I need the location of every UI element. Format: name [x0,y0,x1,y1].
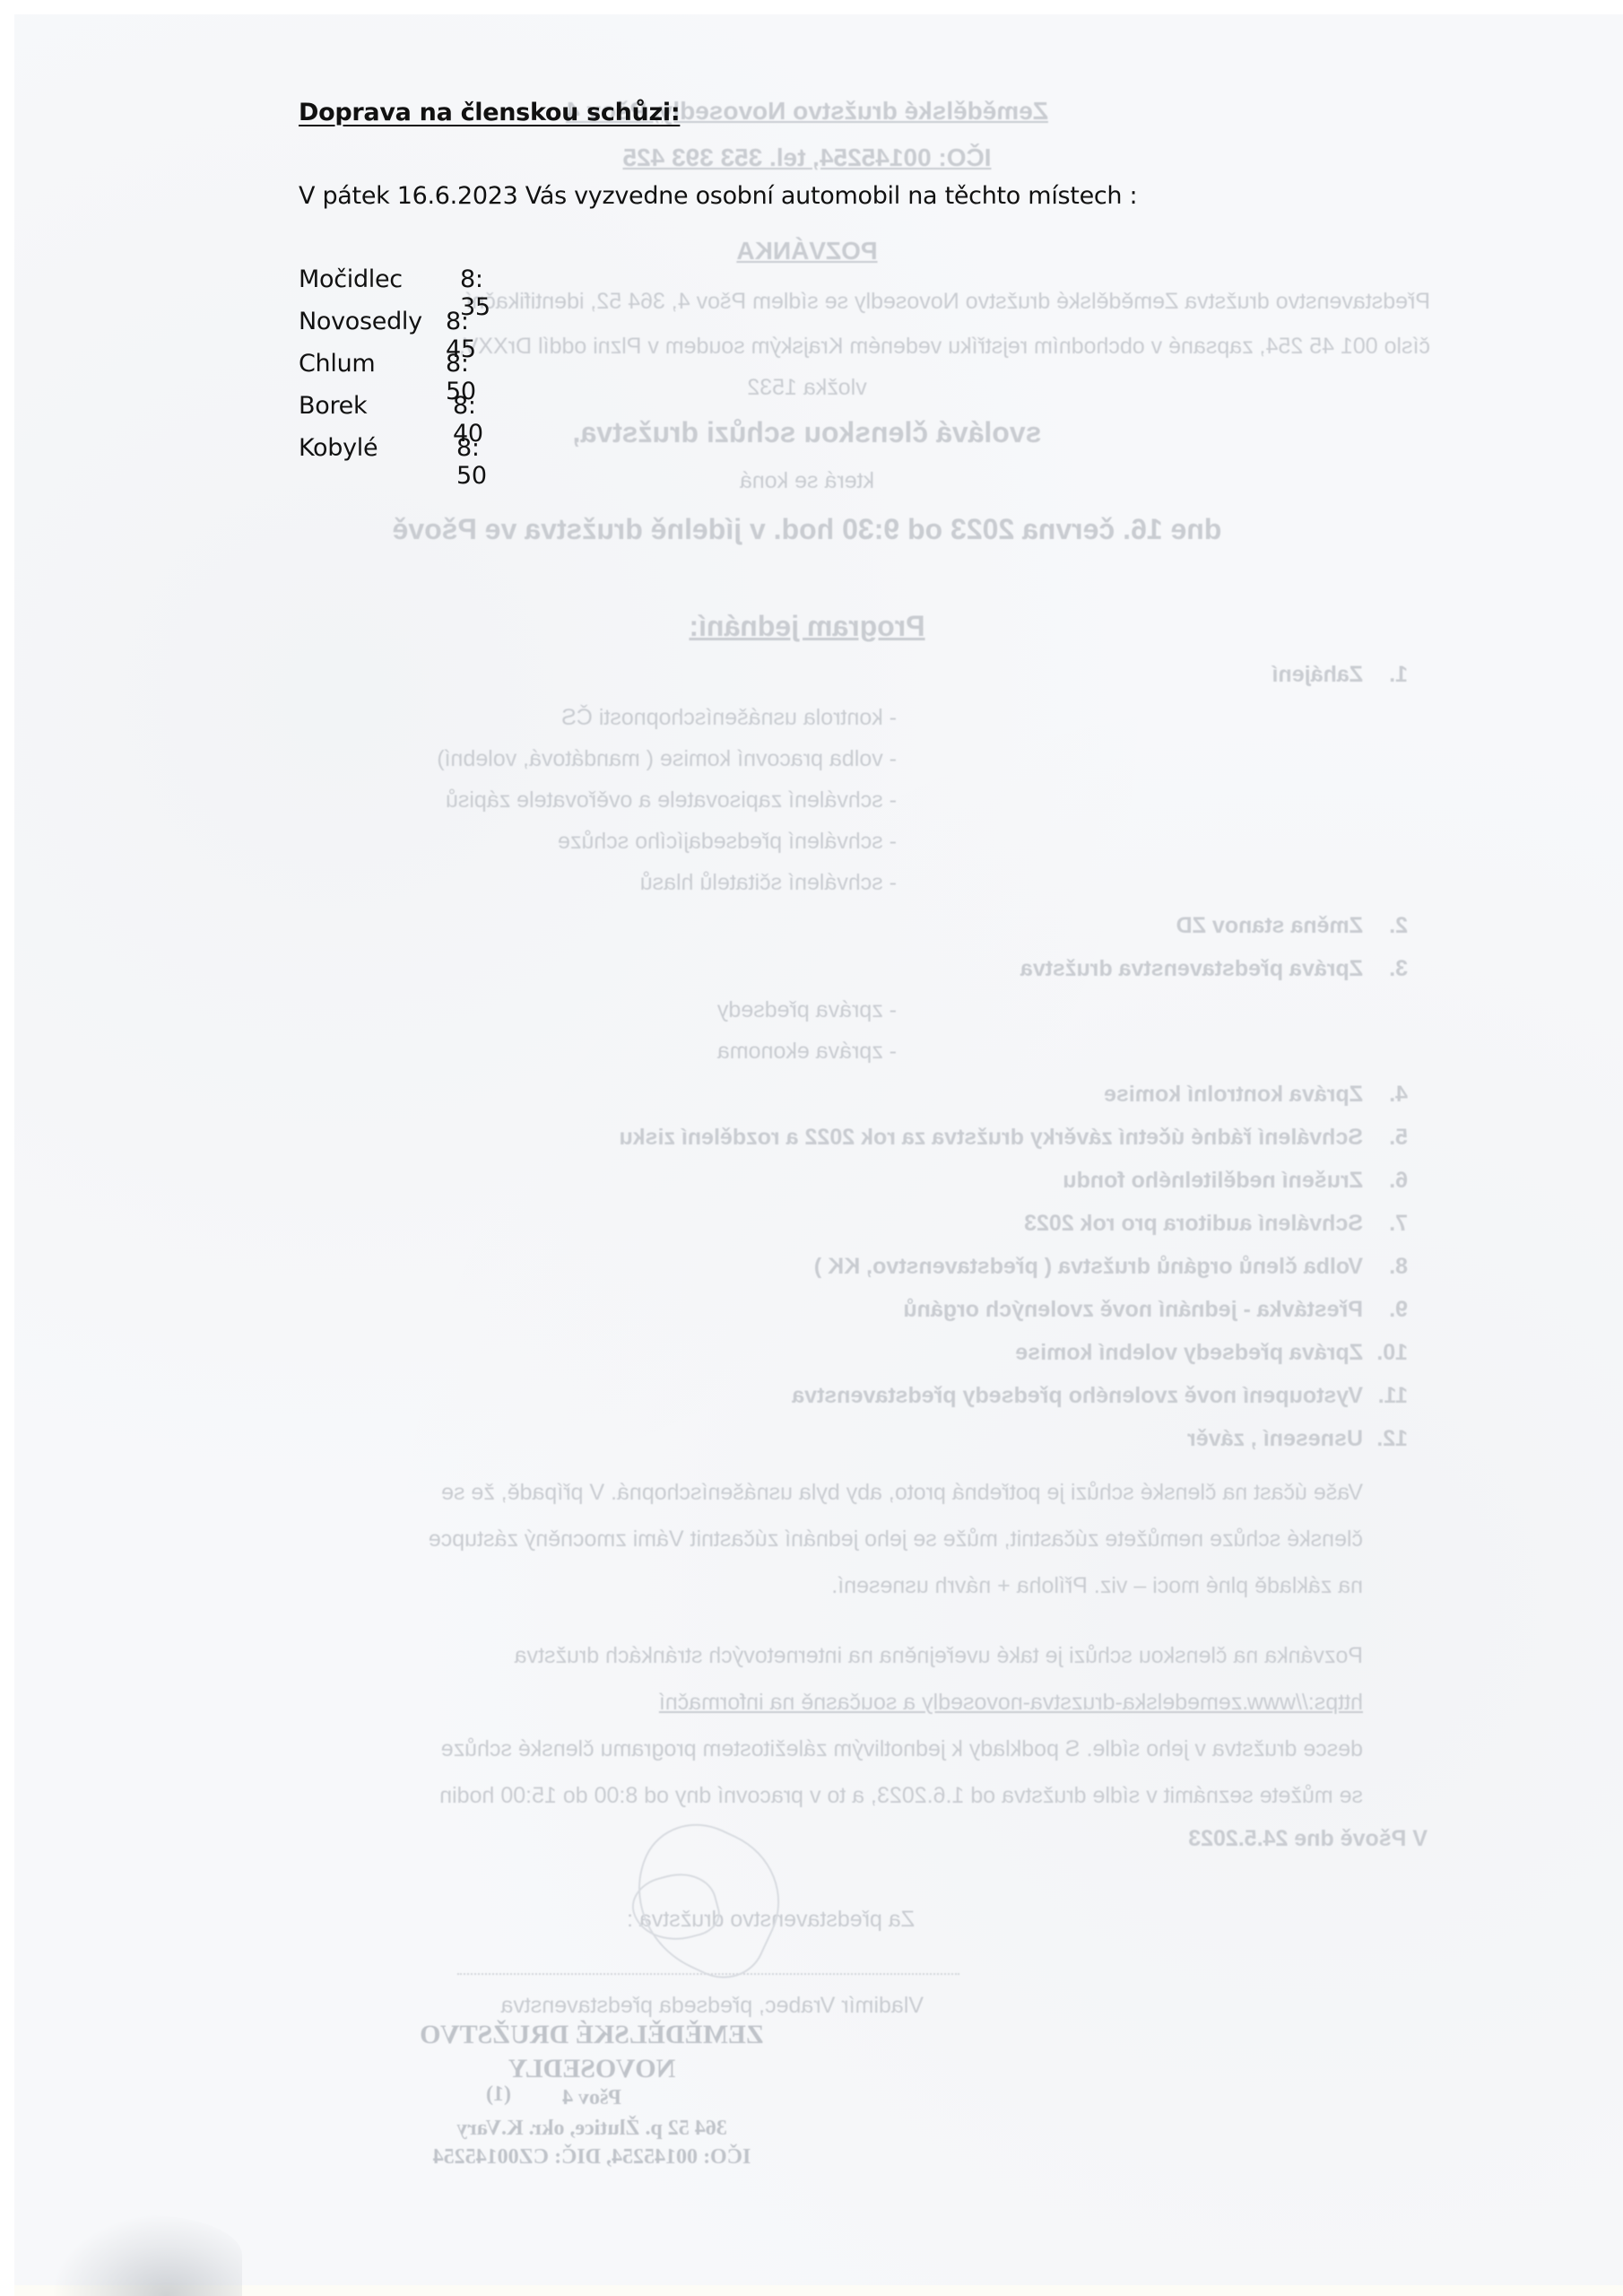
pickup-time: 8: 50 [456,434,487,490]
page-title: Doprava na členskou schůzi: [299,99,680,126]
scan-shadow [54,2215,242,2296]
scan-edge [14,2285,1623,2296]
pickup-place: Močidlec [299,265,403,293]
paper-sheet [14,14,1623,2285]
pickup-place: Borek [299,392,367,420]
intro-text: V pátek 16.6.2023 Vás vyzvedne osobní au… [299,182,1137,210]
pickup-place: Chlum [299,350,375,378]
pickup-place: Novosedly [299,308,422,335]
pickup-place: Kobylé [299,434,378,462]
